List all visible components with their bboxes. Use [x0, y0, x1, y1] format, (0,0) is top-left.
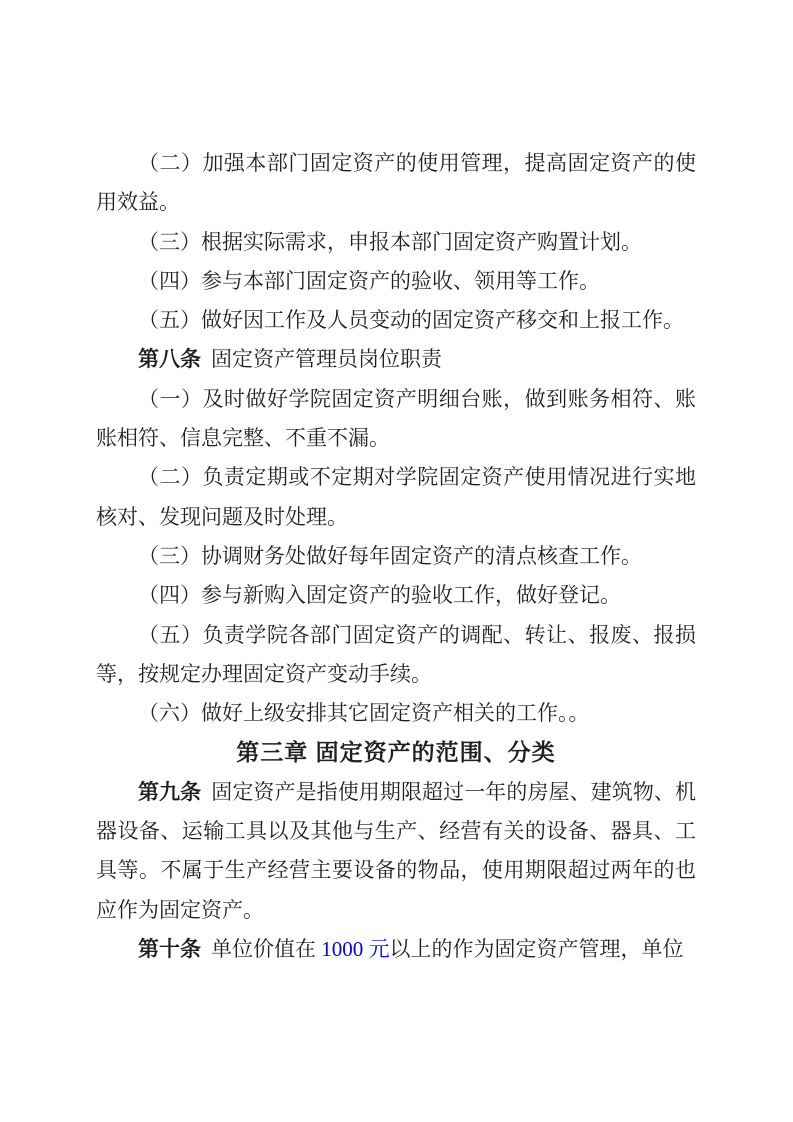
highlighted-amount: 1000 元 — [321, 937, 389, 961]
body-paragraph: （四）参与本部门固定资产的验收、领用等工作。 — [96, 262, 696, 301]
body-paragraph: （一）及时做好学院固定资产明细台账，做到账务相符、账账相符、信息完整、不重不漏。 — [96, 380, 696, 459]
article-number-label: 第十条 — [138, 938, 201, 961]
article-text: 以上的作为固定资产管理，单位 — [390, 937, 684, 961]
article-paragraph: 第十条单位价值在 1000 元以上的作为固定资产管理，单位 — [96, 930, 696, 969]
body-paragraph: （三）协调财务处做好每年固定资产的清点核查工作。 — [96, 537, 696, 576]
body-paragraph: （六）做好上级安排其它固定资产相关的工作。。 — [96, 694, 696, 733]
body-paragraph: （五）负责学院各部门固定资产的调配、转让、报废、报损等，按规定办理固定资产变动手… — [96, 616, 696, 695]
body-paragraph: （二）加强本部门固定资产的使用管理，提高固定资产的使用效益。 — [96, 144, 696, 223]
document-page: （二）加强本部门固定资产的使用管理，提高固定资产的使用效益。 （三）根据实际需求… — [0, 0, 793, 1122]
body-paragraph: （四）参与新购入固定资产的验收工作，做好登记。 — [96, 576, 696, 615]
article-number-label: 第八条 — [138, 348, 201, 371]
chapter-heading: 第三章 固定资产的范围、分类 — [96, 733, 696, 772]
article-text: 单位价值在 — [211, 937, 321, 961]
article-paragraph: 第九条固定资产是指使用期限超过一年的房屋、建筑物、机器设备、运输工具以及其他与生… — [96, 773, 696, 930]
article-paragraph: 第八条固定资产管理员岗位职责 — [96, 340, 696, 379]
article-text: 固定资产管理员岗位职责 — [211, 347, 442, 371]
body-paragraph: （五）做好因工作及人员变动的固定资产移交和上报工作。 — [96, 301, 696, 340]
article-number-label: 第九条 — [138, 781, 201, 804]
body-paragraph: （三）根据实际需求，申报本部门固定资产购置计划。 — [96, 223, 696, 262]
body-paragraph: （二）负责定期或不定期对学院固定资产使用情况进行实地核对、发现问题及时处理。 — [96, 458, 696, 537]
